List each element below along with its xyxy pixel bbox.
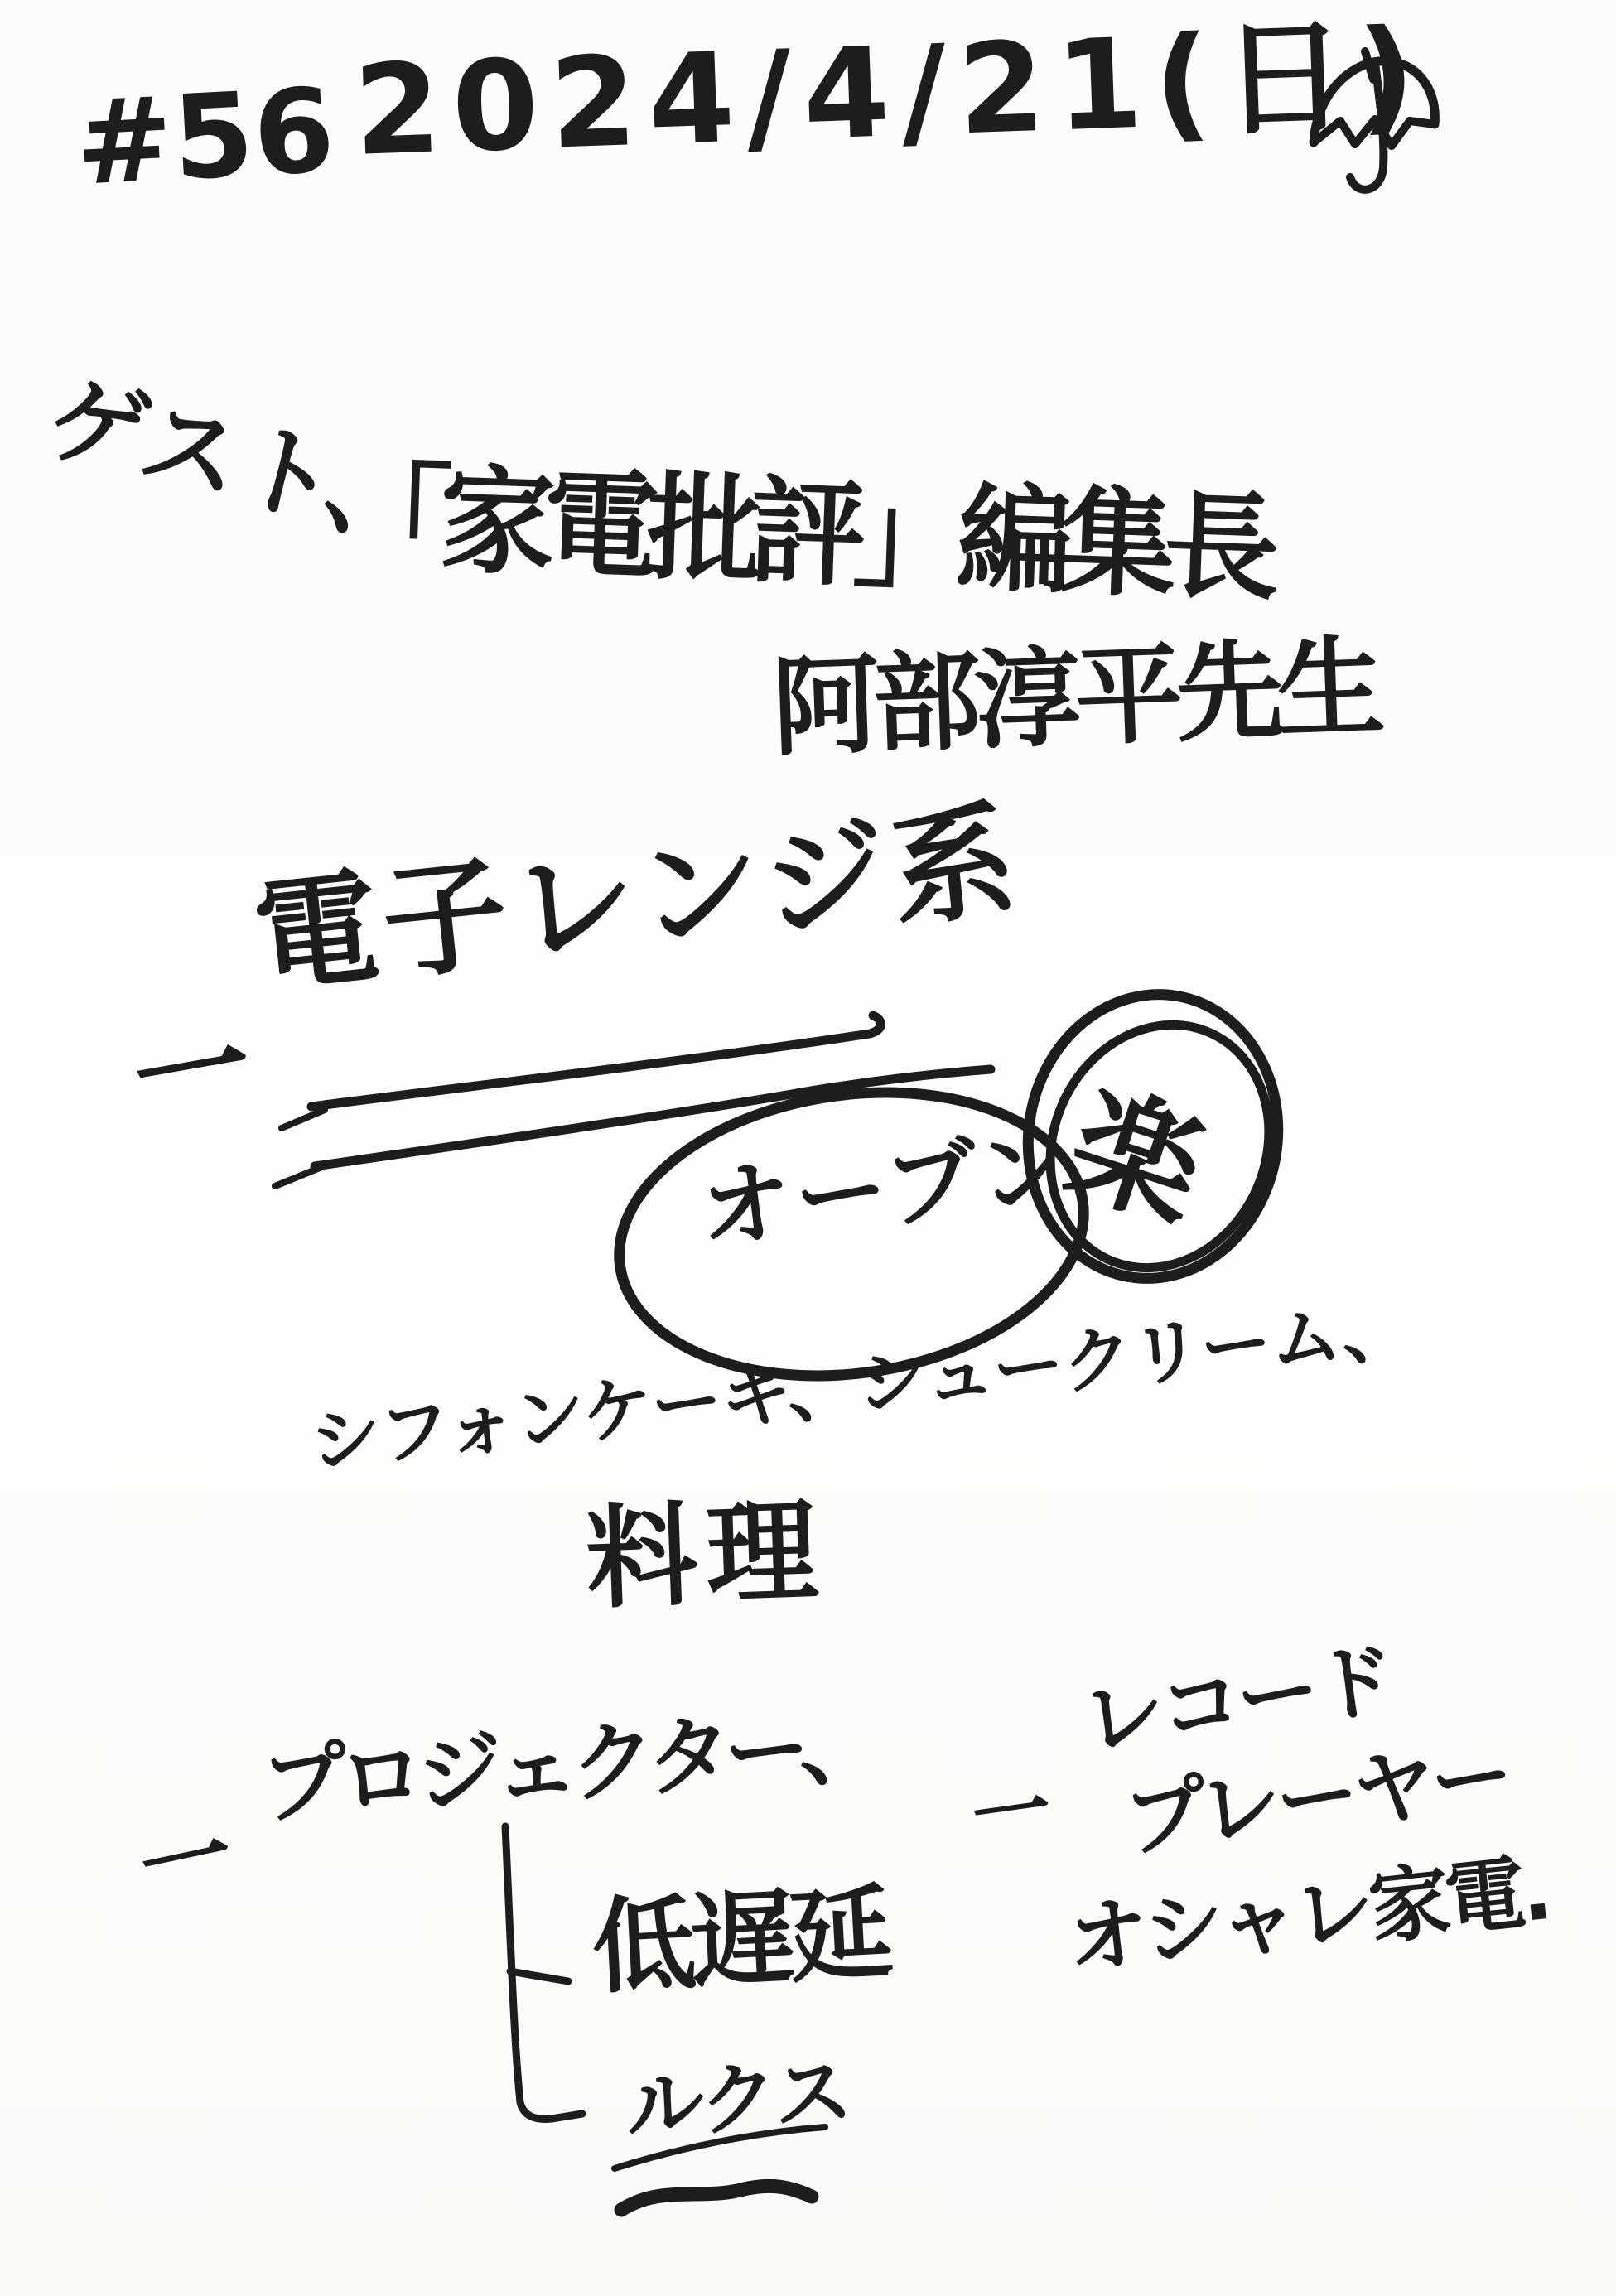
notebook-page: #56 2024/4/21(日) ゲスト、 「家電批評」編集長 阿部淳平先生 一… (0, 0, 1616, 2296)
underline-flick-1 (282, 1110, 325, 1128)
tree-branch (510, 1971, 568, 1981)
underline-flick-2 (275, 1168, 320, 1186)
lux-underline-2 (621, 2186, 812, 2210)
umbrella-scallop (1314, 119, 1435, 146)
ink-doodles-layer (0, 0, 1616, 2296)
umbrella-icon (1314, 51, 1435, 190)
heading-underline-2 (315, 1069, 991, 1166)
lux-underline-1 (615, 2127, 825, 2168)
